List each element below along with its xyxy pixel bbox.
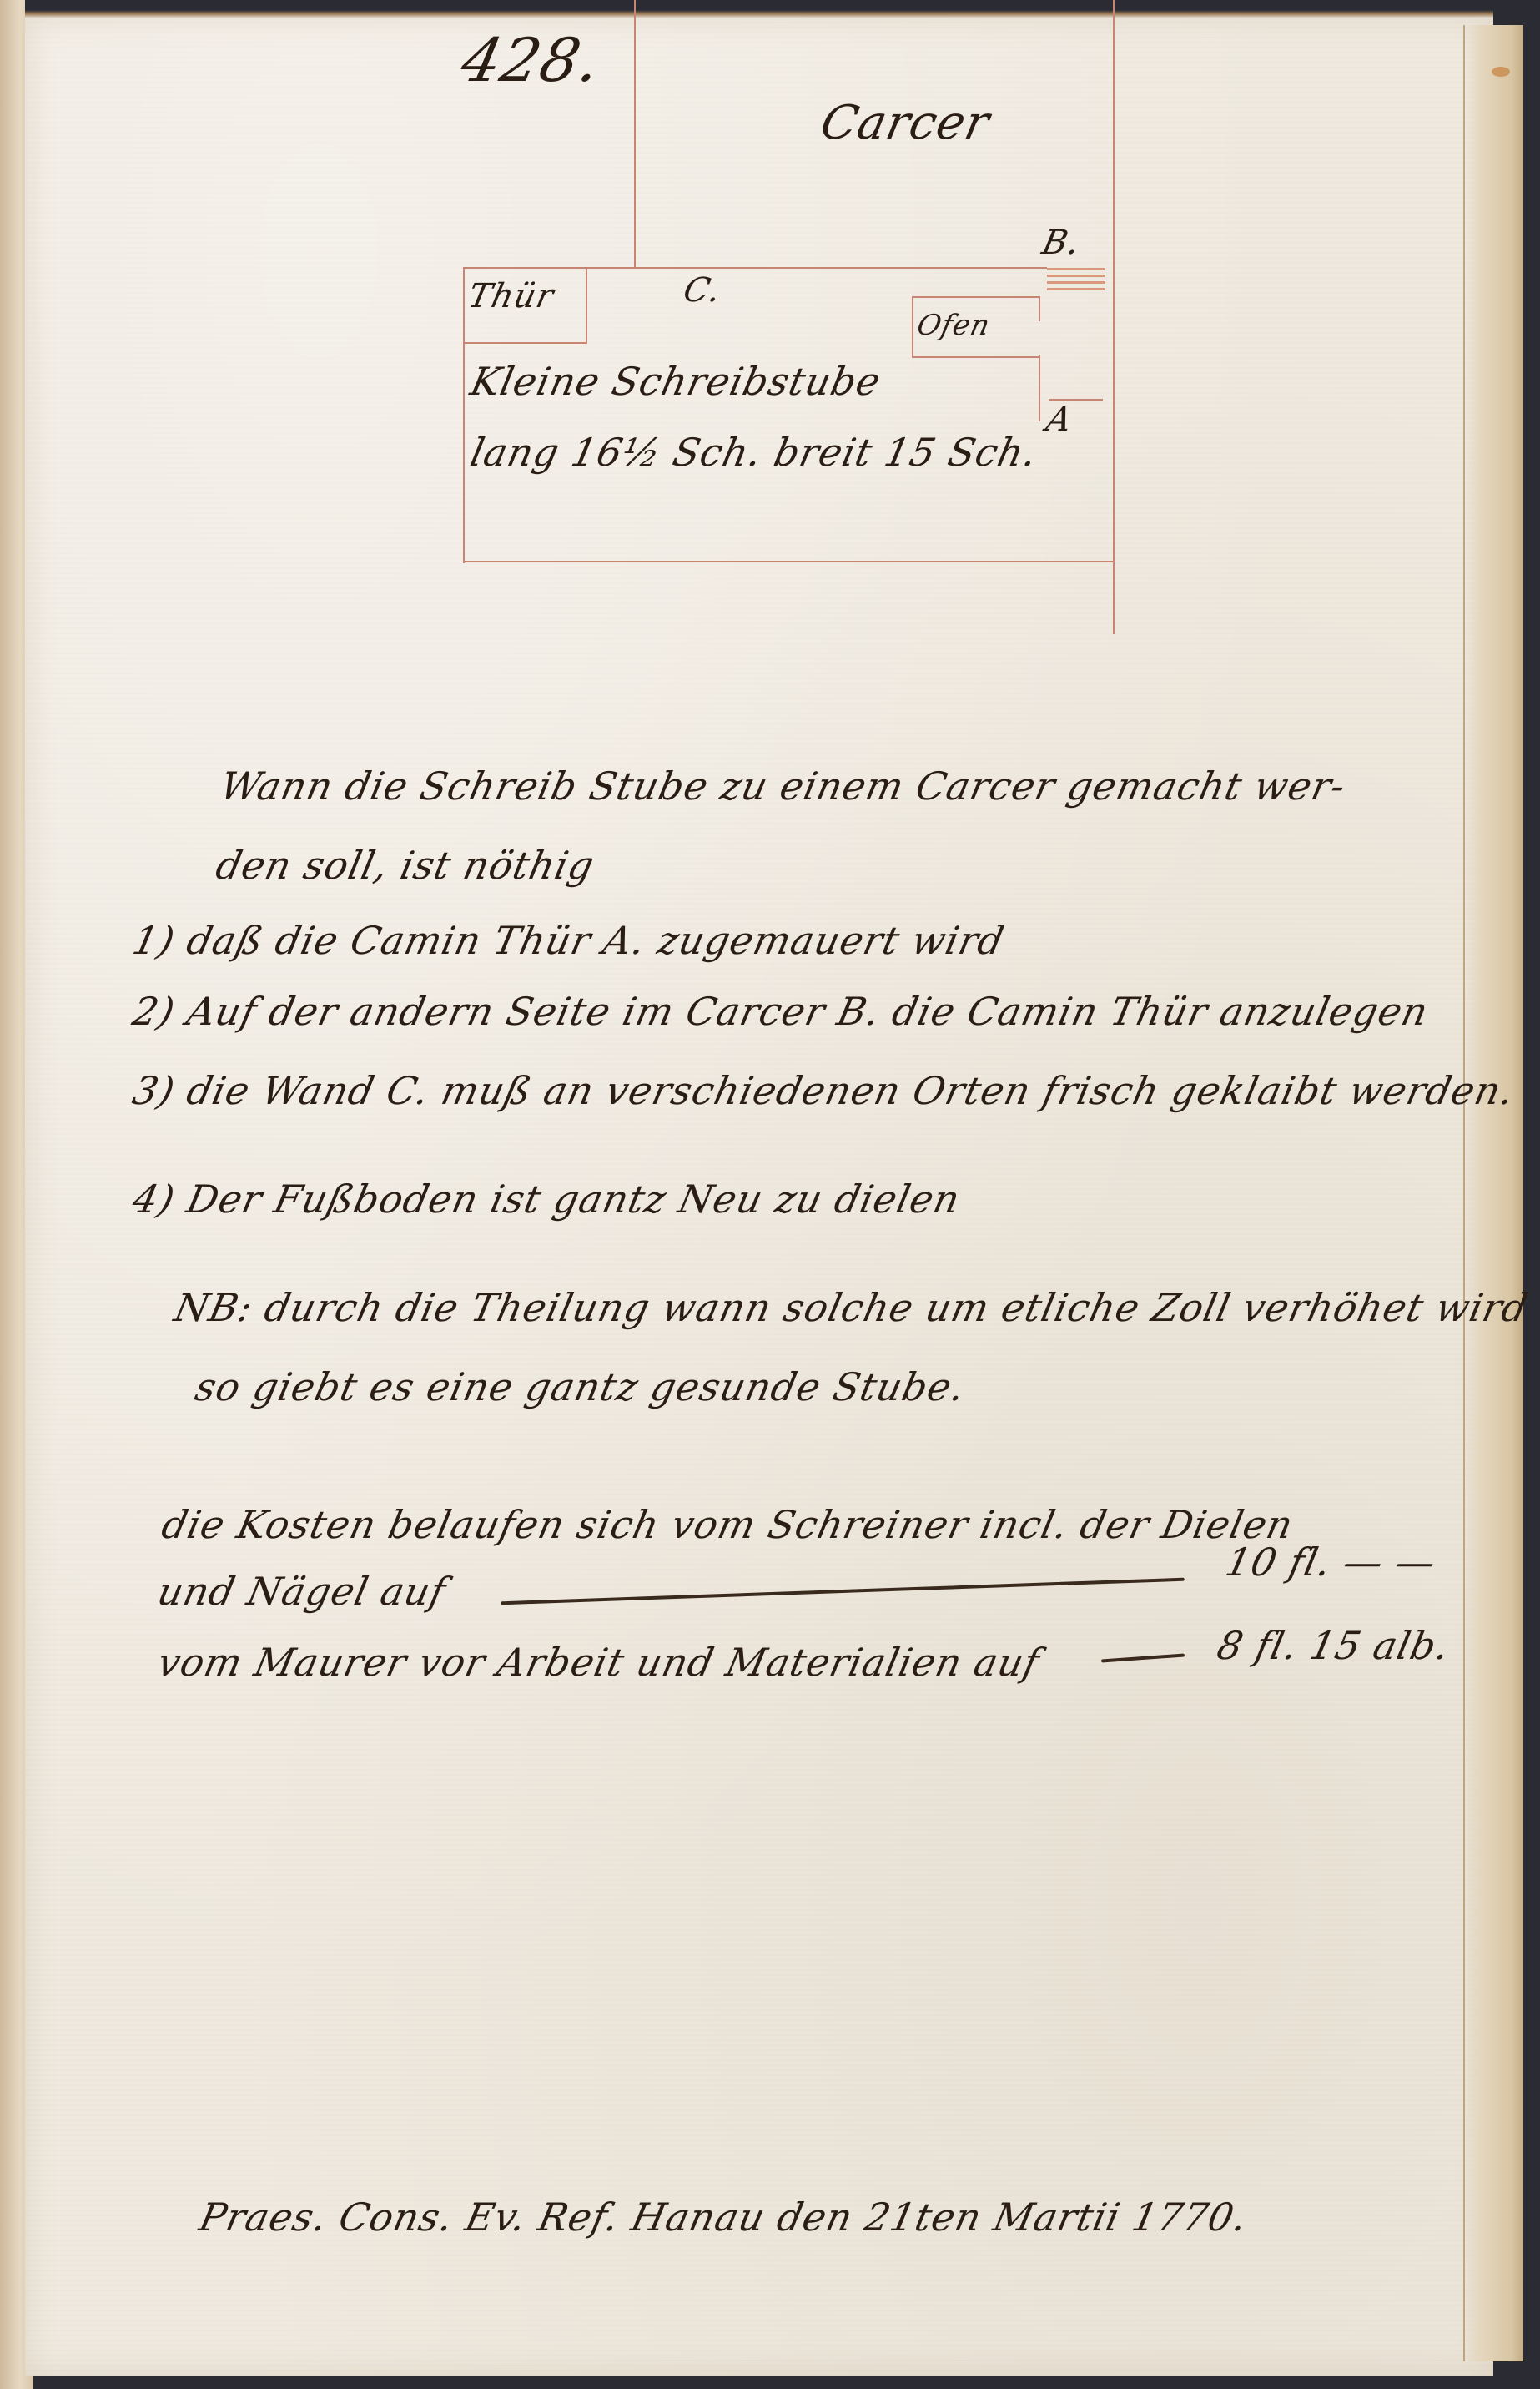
sheet-top-edge bbox=[25, 0, 1493, 18]
cost-line-1: die Kosten belaufen sich vom Schreiner i… bbox=[158, 1502, 1297, 1547]
plan-chimney-notch bbox=[1039, 355, 1040, 421]
item-text: Der Fußboden ist gantz Neu zu dielen bbox=[183, 1177, 964, 1222]
cost-line-2: vom Maurer vor Arbeit und Materialien au… bbox=[153, 1640, 1044, 1685]
plan-dimensions: lang 16½ Sch. breit 15 Sch. bbox=[466, 430, 1041, 475]
plan-label-door: Thür bbox=[465, 277, 557, 315]
hatched-chimney-b bbox=[1047, 265, 1105, 290]
note-line-1: NB: durch die Theilung wann solche um et… bbox=[170, 1285, 1532, 1330]
cost-line-1b: und Nägel auf bbox=[153, 1569, 450, 1614]
item-text: daß die Camin Thür A. zugemauert wird bbox=[183, 918, 1009, 963]
foxing-stain bbox=[1492, 67, 1510, 77]
list-item-1: 1) daß die Camin Thür A. zugemauert wird bbox=[128, 918, 1009, 963]
item-number: 3) bbox=[128, 1068, 179, 1113]
list-item-2: 2) Auf der andern Seite im Carcer B. die… bbox=[128, 989, 1432, 1034]
plan-room-name: Kleine Schreibstube bbox=[466, 359, 885, 404]
folio-number: 428. bbox=[455, 25, 607, 95]
list-item-3: 3) die Wand C. muß an verschiedenen Orte… bbox=[128, 1068, 1518, 1113]
cost-amount-1: 10 fl. — — bbox=[1221, 1540, 1440, 1585]
intro-line-2: den soll, ist nöthig bbox=[212, 843, 598, 888]
deckle-edge bbox=[1463, 25, 1523, 2361]
item-text: die Wand C. muß an verschiedenen Orten f… bbox=[183, 1068, 1518, 1113]
closing-date-line: Praes. Cons. Ev. Ref. Hanau den 21ten Ma… bbox=[195, 2195, 1251, 2240]
item-number: 2) bbox=[128, 989, 179, 1034]
plan-outer-bottom bbox=[463, 561, 1113, 562]
plan-oven-step bbox=[1039, 296, 1049, 321]
cost-amount-2: 8 fl. 15 alb. bbox=[1213, 1623, 1454, 1668]
intro-line-1: Wann die Schreib Stube zu einem Carcer g… bbox=[216, 764, 1350, 809]
list-item-4: 4) Der Fußboden ist gantz Neu zu dielen bbox=[128, 1177, 964, 1222]
item-number: 4) bbox=[128, 1177, 179, 1222]
item-number: 1) bbox=[128, 918, 179, 963]
plan-line-vertical-right bbox=[1113, 0, 1115, 634]
item-text: Auf der andern Seite im Carcer B. die Ca… bbox=[183, 989, 1432, 1034]
plan-line-vertical-left bbox=[634, 0, 636, 267]
plan-label-oven: Ofen bbox=[914, 309, 994, 342]
note-line-2: so giebt es eine gantz gesunde Stube. bbox=[191, 1364, 969, 1409]
plan-heading: Carcer bbox=[816, 96, 994, 150]
